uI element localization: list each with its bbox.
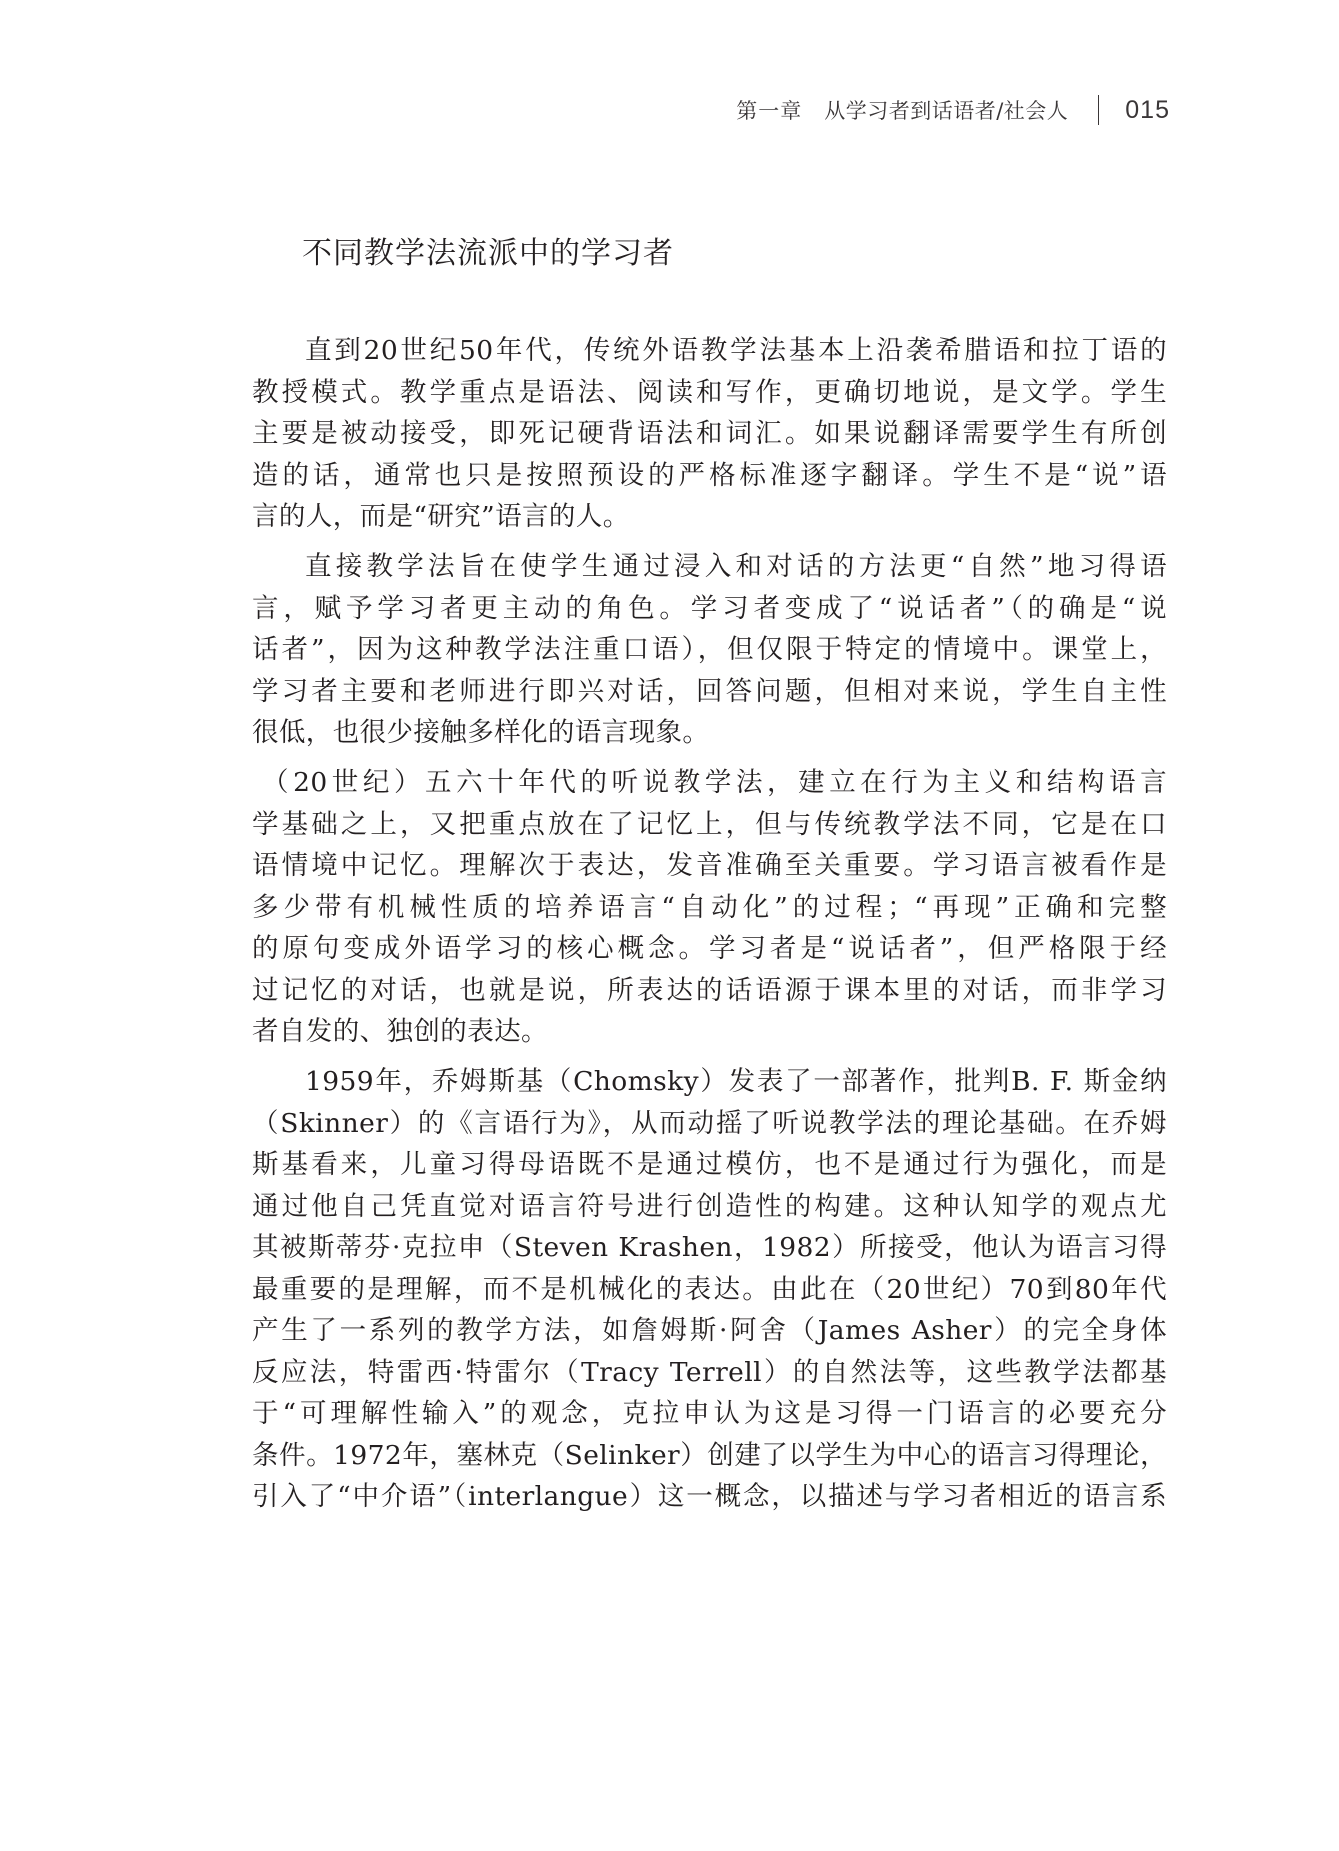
- running-header: 第一章 从学习者到话语者/社会人 015: [700, 92, 1170, 128]
- text-line: 言，赋予学习者更主动的角色。学习者变成了“说话者”（的确是“说: [252, 588, 1167, 630]
- text-line: 直到20世纪50年代，传统外语教学法基本上沿袭希腊语和拉丁语的: [252, 330, 1167, 372]
- text-line: 者自发的、独创的表达。: [252, 1011, 1167, 1053]
- chapter-title: 从学习者到话语者/社会人: [824, 95, 1068, 125]
- text-line: 很低，也很少接触多样化的语言现象。: [252, 712, 1167, 754]
- section-title: 不同教学法流派中的学习者: [302, 228, 674, 272]
- text-line: 斯基看来，儿童习得母语既不是通过模仿，也不是通过行为强化，而是: [252, 1144, 1167, 1186]
- body-text: 直到20世纪50年代，传统外语教学法基本上沿袭希腊语和拉丁语的 教授模式。教学重…: [252, 330, 1167, 1526]
- text-line: 引入了“中介语”（interlangue）这一概念，以描述与学习者相近的语言系: [252, 1476, 1167, 1518]
- text-line: 反应法，特雷西·特雷尔（Tracy Terrell）的自然法等，这些教学法都基: [252, 1352, 1167, 1394]
- text-line: 的原句变成外语学习的核心概念。学习者是“说话者”，但严格限于经: [252, 928, 1167, 970]
- text-line: 过记忆的对话，也就是说，所表达的话语源于课本里的对话，而非学习: [252, 970, 1167, 1012]
- text-line: 言的人，而是“研究”语言的人。: [252, 496, 1167, 538]
- header-divider: [1098, 95, 1099, 125]
- text-line: （Skinner）的《言语行为》，从而动摇了听说教学法的理论基础。在乔姆: [252, 1103, 1167, 1145]
- paragraph-3: （20世纪）五六十年代的听说教学法，建立在行为主义和结构语言 学基础之上，又把重…: [252, 762, 1167, 1053]
- page-number: 015: [1125, 96, 1170, 125]
- paragraph-4: 1959年，乔姆斯基（Chomsky）发表了一部著作，批判B. F. 斯金纳 （…: [252, 1061, 1167, 1518]
- text-line: 教授模式。教学重点是语法、阅读和写作，更确切地说，是文学。学生: [252, 372, 1167, 414]
- paragraph-1: 直到20世纪50年代，传统外语教学法基本上沿袭希腊语和拉丁语的 教授模式。教学重…: [252, 330, 1167, 538]
- text-line: 话者”，因为这种教学法注重口语），但仅限于特定的情境中。课堂上，: [252, 629, 1167, 671]
- text-line: 于“可理解性输入”的观念，克拉申认为这是习得一门语言的必要充分: [252, 1393, 1167, 1435]
- chapter-label: 第一章: [736, 95, 802, 125]
- text-line: （20世纪）五六十年代的听说教学法，建立在行为主义和结构语言: [252, 762, 1167, 804]
- text-line: 通过他自己凭直觉对语言符号进行创造性的构建。这种认知学的观点尤: [252, 1186, 1167, 1228]
- text-line: 多少带有机械性质的培养语言“自动化”的过程；“再现”正确和完整: [252, 887, 1167, 929]
- text-line: 条件。1972年，塞林克（Selinker）创建了以学生为中心的语言习得理论，: [252, 1435, 1167, 1477]
- text-line: 最重要的是理解，而不是机械化的表达。由此在（20世纪）70到80年代: [252, 1269, 1167, 1311]
- text-line: 直接教学法旨在使学生通过浸入和对话的方法更“自然”地习得语: [252, 546, 1167, 588]
- text-line: 产生了一系列的教学方法，如詹姆斯·阿舍（James Asher）的完全身体: [252, 1310, 1167, 1352]
- text-line: 其被斯蒂芬·克拉申（Steven Krashen，1982）所接受，他认为语言习…: [252, 1227, 1167, 1269]
- text-line: 语情境中记忆。理解次于表达，发音准确至关重要。学习语言被看作是: [252, 845, 1167, 887]
- text-line: 1959年，乔姆斯基（Chomsky）发表了一部著作，批判B. F. 斯金纳: [252, 1061, 1167, 1103]
- text-line: 主要是被动接受，即死记硬背语法和词汇。如果说翻译需要学生有所创: [252, 413, 1167, 455]
- text-line: 学习者主要和老师进行即兴对话，回答问题，但相对来说，学生自主性: [252, 671, 1167, 713]
- text-line: 造的话，通常也只是按照预设的严格标准逐字翻译。学生不是“说”语: [252, 455, 1167, 497]
- text-line: 学基础之上，又把重点放在了记忆上，但与传统教学法不同，它是在口: [252, 804, 1167, 846]
- paragraph-2: 直接教学法旨在使学生通过浸入和对话的方法更“自然”地习得语 言，赋予学习者更主动…: [252, 546, 1167, 754]
